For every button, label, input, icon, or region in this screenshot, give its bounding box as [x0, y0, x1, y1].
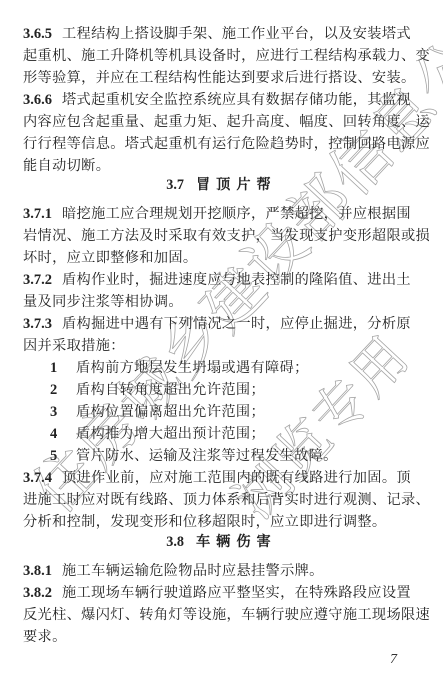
clause-number: 3.7.1	[23, 206, 52, 222]
clause-3-8-2-line-2: 反光柱、爆闪灯、转角灯等设施，车辆行驶应遵守施工现场限速	[23, 607, 423, 624]
clause-3-8-1-line-1: 3.8.1施工车辆运输危险物品时应悬挂警示牌。	[23, 563, 423, 580]
clause-3-6-5-line-3: 形等验算，并应在工程结构性能达到要求后进行搭设、安装。	[23, 70, 423, 87]
clause-3-6-6-line-2: 内容应包含起重量、起重力矩、起升高度、幅度、回转角度、运	[23, 114, 423, 131]
page-number: 7	[390, 652, 397, 668]
clause-3-6-6-line-1: 3.6.6塔式起重机安全监控系统应具有数据存储功能，其监视	[23, 92, 423, 109]
clause-3-7-4-line-1: 3.7.4顶进作业前，应对施工范围内的既有线路进行加固。顶	[23, 470, 423, 487]
clause-number: 3.7.4	[23, 470, 52, 486]
clause-3-7-1-line-2: 岩情况、施工方法及时采取有效支护，当发现支护变形超限或损	[23, 228, 423, 245]
clause-3-6-5-line-2: 起重机、施工升降机等机具设备时，应进行工程结构承载力、变	[23, 48, 423, 65]
list-item: 2盾构自转角度超出允许范围；	[50, 382, 443, 399]
list-item: 5管片防水、运输及注浆等过程发生故障。	[50, 448, 443, 465]
document-page: 3.6.5工程结构上搭设脚手架、施工作业平台，以及安装塔式 起重机、施工升降机等…	[0, 0, 443, 684]
list-item: 1盾构前方地层发生坍塌或遇有障碍；	[50, 360, 443, 377]
clause-3-7-1-line-3: 坏时，应立即整修和加固。	[23, 250, 423, 267]
clause-3-8-2-line-1: 3.8.2施工现场车辆行驶道路应平整坚实，在特殊路段应设置	[23, 585, 423, 602]
clause-3-7-3-line-2: 因并采取措施：	[23, 338, 423, 355]
clause-3-8-2-line-3: 要求。	[23, 629, 423, 646]
list-item: 3盾构位置偏离超出允许范围；	[50, 404, 443, 421]
clause-3-6-6-line-4: 能自动切断。	[23, 158, 423, 175]
clause-3-7-4-line-2: 进施工时应对既有线路、顶力体系和后背实时进行观测、记录、	[23, 492, 423, 509]
section-heading-3-8: 3.8车辆伤害	[0, 533, 443, 551]
clause-3-7-2-line-2: 量及同步注浆等相协调。	[23, 294, 423, 311]
clause-number: 3.8.2	[23, 585, 52, 601]
clause-3-7-3-line-1: 3.7.3盾构掘进中遇有下列情况之一时，应停止掘进，分析原	[23, 316, 423, 333]
list-item: 4盾构推力增大超出预计范围；	[50, 426, 443, 443]
clause-number: 3.8.1	[23, 563, 52, 579]
clause-number: 3.6.6	[23, 92, 52, 108]
clause-number: 3.7.3	[23, 316, 52, 332]
clause-3-7-2-line-1: 3.7.2盾构作业时，掘进速度应与地表控制的隆陷值、进出土	[23, 272, 423, 289]
clause-3-7-1-line-1: 3.7.1暗挖施工应合理规划开挖顺序，严禁超挖，并应根据围	[23, 206, 423, 223]
clause-3-6-6-line-3: 行行程等信息。塔式起重机有运行危险趋势时，控制回路电源应	[23, 136, 423, 153]
clause-number: 3.7.2	[23, 272, 52, 288]
clause-number: 3.6.5	[23, 26, 52, 42]
section-heading-3-7: 3.7冒顶片帮	[0, 176, 443, 194]
clause-3-6-5-line-1: 3.6.5工程结构上搭设脚手架、施工作业平台，以及安装塔式	[23, 26, 423, 43]
clause-3-7-4-line-3: 分析和控制，发现变形和位移超限时，应立即进行调整。	[23, 514, 423, 531]
